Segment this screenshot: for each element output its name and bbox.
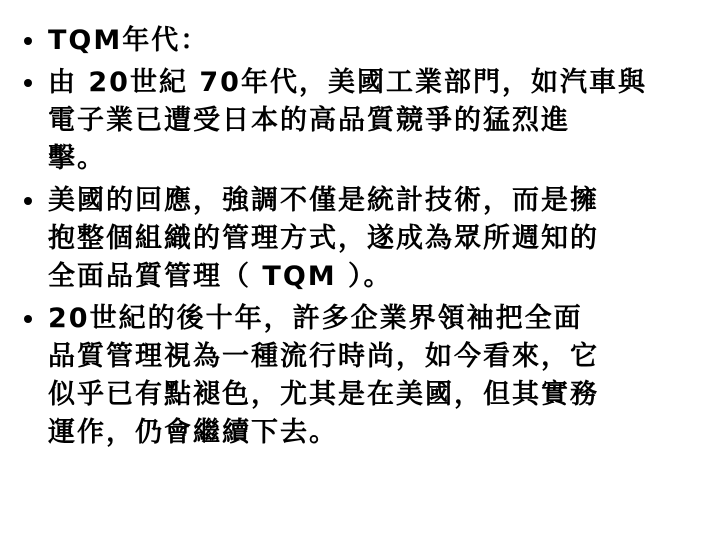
bullet-icon [24,315,32,323]
bullet-item-tqm-era: TQM年代： [22,22,702,60]
bullet-line: 20世紀的後十年，許多企業界領袖把全面 [48,300,702,338]
bullet-icon [24,79,32,87]
bullet-icon [24,37,32,45]
bullet-list: TQM年代： 由 20世紀 70年代，美國工業部門，如汽車與 電子業已遭受日本的… [22,22,702,452]
bullet-item-late-20th-century: 20世紀的後十年，許多企業界領袖把全面 品質管理視為一種流行時尚，如今看來，它 … [22,300,702,452]
bullet-icon [24,197,32,205]
bullet-line: 全面品質管理（ TQM ）。 [48,258,702,296]
bullet-line: 抱整個組織的管理方式，遂成為眾所週知的 [48,220,702,258]
bullet-line: 似乎已有點褪色，尤其是在美國，但其實務 [48,376,702,414]
bullet-line: 擊。 [48,140,702,178]
bullet-item-1970s-competition: 由 20世紀 70年代，美國工業部門，如汽車與 電子業已遭受日本的高品質競爭的猛… [22,64,702,178]
slide: TQM年代： 由 20世紀 70年代，美國工業部門，如汽車與 電子業已遭受日本的… [0,0,720,540]
bullet-line: 電子業已遭受日本的高品質競爭的猛烈進 [48,102,702,140]
bullet-line: 品質管理視為一種流行時尚，如今看來，它 [48,338,702,376]
bullet-line: 運作，仍會繼續下去。 [48,414,702,452]
bullet-line: TQM年代： [48,22,702,60]
bullet-line: 美國的回應，強調不僅是統計技術，而是擁 [48,182,702,220]
bullet-item-us-response: 美國的回應，強調不僅是統計技術，而是擁 抱整個組織的管理方式，遂成為眾所週知的 … [22,182,702,296]
bullet-line: 由 20世紀 70年代，美國工業部門，如汽車與 [48,64,702,102]
